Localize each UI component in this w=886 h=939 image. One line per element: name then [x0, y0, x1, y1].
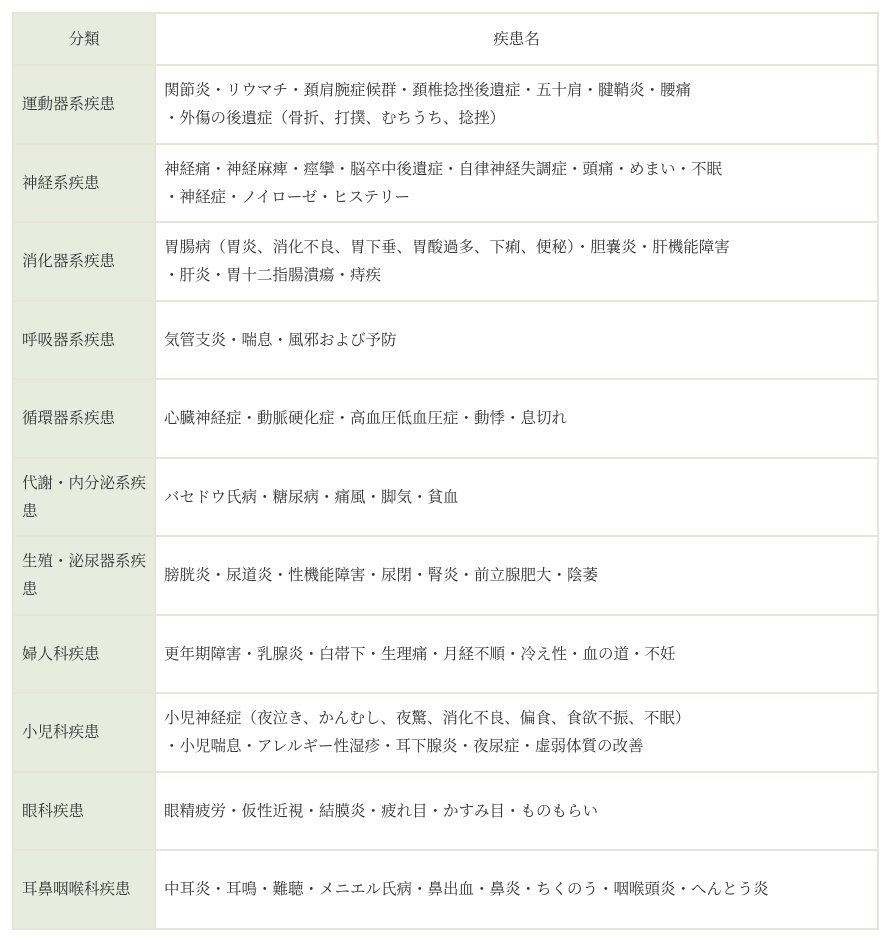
disease-cell: 心臓神経症・動脈硬化症・高血圧低血圧症・動悸・息切れ	[155, 379, 878, 458]
disease-cell: 関節炎・リウマチ・頚肩腕症候群・頚椎捻挫後遺症・五十肩・腱鞘炎・腰痛・外傷の後遺…	[155, 65, 878, 144]
disease-line: 神経痛・神経麻痺・痙攣・脳卒中後遺症・自律神経失調症・頭痛・めまい・不眠	[164, 155, 869, 183]
table-header-row: 分類 疾患名	[13, 13, 878, 65]
table-row: 代謝・内分泌系疾患 バセドウ氏病・糖尿病・痛風・脚気・貧血	[13, 458, 878, 537]
category-cell: 婦人科疾患	[13, 615, 155, 694]
disease-line: ・肝炎・胃十二指腸潰瘍・痔疾	[164, 261, 869, 289]
table-row: 耳鼻咽喉科疾患 中耳炎・耳鳴・難聴・メニエル氏病・鼻出血・鼻炎・ちくのう・咽喉頭…	[13, 850, 878, 929]
disease-cell: 気管支炎・喘息・風邪および予防	[155, 301, 878, 380]
category-cell: 呼吸器系疾患	[13, 301, 155, 380]
table-row: 循環器系疾患 心臓神経症・動脈硬化症・高血圧低血圧症・動悸・息切れ	[13, 379, 878, 458]
disease-cell: バセドウ氏病・糖尿病・痛風・脚気・貧血	[155, 458, 878, 537]
disease-cell: 胃腸病（胃炎、消化不良、胃下垂、胃酸過多、下痢、便秘）・胆嚢炎・肝機能障害・肝炎…	[155, 222, 878, 301]
table-row: 運動器系疾患 関節炎・リウマチ・頚肩腕症候群・頚椎捻挫後遺症・五十肩・腱鞘炎・腰…	[13, 65, 878, 144]
table-row: 婦人科疾患 更年期障害・乳腺炎・白帯下・生理痛・月経不順・冷え性・血の道・不妊	[13, 615, 878, 694]
disease-line: 小児神経症（夜泣き、かんむし、夜驚、消化不良、偏食、食欲不振、不眠）	[164, 704, 869, 732]
table-row: 呼吸器系疾患 気管支炎・喘息・風邪および予防	[13, 301, 878, 380]
table-row: 神経系疾患 神経痛・神経麻痺・痙攣・脳卒中後遺症・自律神経失調症・頭痛・めまい・…	[13, 144, 878, 223]
disease-line: ・外傷の後遺症（骨折、打撲、むちうち、捻挫）	[164, 104, 869, 132]
disease-table: 分類 疾患名 運動器系疾患 関節炎・リウマチ・頚肩腕症候群・頚椎捻挫後遺症・五十…	[12, 12, 879, 930]
table-row: 生殖・泌尿器系疾患 膀胱炎・尿道炎・性機能障害・尿閉・腎炎・前立腺肥大・陰萎	[13, 536, 878, 615]
header-disease-name: 疾患名	[155, 13, 878, 65]
disease-cell: 小児神経症（夜泣き、かんむし、夜驚、消化不良、偏食、食欲不振、不眠）・小児喘息・…	[155, 693, 878, 772]
category-cell: 生殖・泌尿器系疾患	[13, 536, 155, 615]
disease-line: 関節炎・リウマチ・頚肩腕症候群・頚椎捻挫後遺症・五十肩・腱鞘炎・腰痛	[164, 76, 869, 104]
category-cell: 消化器系疾患	[13, 222, 155, 301]
disease-line: 更年期障害・乳腺炎・白帯下・生理痛・月経不順・冷え性・血の道・不妊	[164, 640, 869, 668]
disease-line: バセドウ氏病・糖尿病・痛風・脚気・貧血	[164, 483, 869, 511]
category-cell: 小児科疾患	[13, 693, 155, 772]
disease-cell: 中耳炎・耳鳴・難聴・メニエル氏病・鼻出血・鼻炎・ちくのう・咽喉頭炎・へんとう炎	[155, 850, 878, 929]
disease-line: 眼精疲労・仮性近視・結膜炎・疲れ目・かすみ目・ものもらい	[164, 797, 869, 825]
category-cell: 眼科疾患	[13, 772, 155, 851]
category-cell: 神経系疾患	[13, 144, 155, 223]
category-cell: 運動器系疾患	[13, 65, 155, 144]
disease-cell: 神経痛・神経麻痺・痙攣・脳卒中後遺症・自律神経失調症・頭痛・めまい・不眠・神経症…	[155, 144, 878, 223]
table-row: 消化器系疾患 胃腸病（胃炎、消化不良、胃下垂、胃酸過多、下痢、便秘）・胆嚢炎・肝…	[13, 222, 878, 301]
disease-line: ・神経症・ノイローゼ・ヒステリー	[164, 183, 869, 211]
category-cell: 循環器系疾患	[13, 379, 155, 458]
header-category: 分類	[13, 13, 155, 65]
table-row: 小児科疾患 小児神経症（夜泣き、かんむし、夜驚、消化不良、偏食、食欲不振、不眠）…	[13, 693, 878, 772]
disease-line: 胃腸病（胃炎、消化不良、胃下垂、胃酸過多、下痢、便秘）・胆嚢炎・肝機能障害	[164, 233, 869, 261]
disease-cell: 膀胱炎・尿道炎・性機能障害・尿閉・腎炎・前立腺肥大・陰萎	[155, 536, 878, 615]
category-cell: 代謝・内分泌系疾患	[13, 458, 155, 537]
disease-line: 膀胱炎・尿道炎・性機能障害・尿閉・腎炎・前立腺肥大・陰萎	[164, 561, 869, 589]
table-row: 眼科疾患 眼精疲労・仮性近視・結膜炎・疲れ目・かすみ目・ものもらい	[13, 772, 878, 851]
disease-line: ・小児喘息・アレルギー性湿疹・耳下腺炎・夜尿症・虚弱体質の改善	[164, 732, 869, 760]
category-cell: 耳鼻咽喉科疾患	[13, 850, 155, 929]
disease-cell: 眼精疲労・仮性近視・結膜炎・疲れ目・かすみ目・ものもらい	[155, 772, 878, 851]
disease-line: 気管支炎・喘息・風邪および予防	[164, 326, 869, 354]
disease-line: 心臓神経症・動脈硬化症・高血圧低血圧症・動悸・息切れ	[164, 404, 869, 432]
disease-line: 中耳炎・耳鳴・難聴・メニエル氏病・鼻出血・鼻炎・ちくのう・咽喉頭炎・へんとう炎	[164, 875, 869, 903]
disease-cell: 更年期障害・乳腺炎・白帯下・生理痛・月経不順・冷え性・血の道・不妊	[155, 615, 878, 694]
